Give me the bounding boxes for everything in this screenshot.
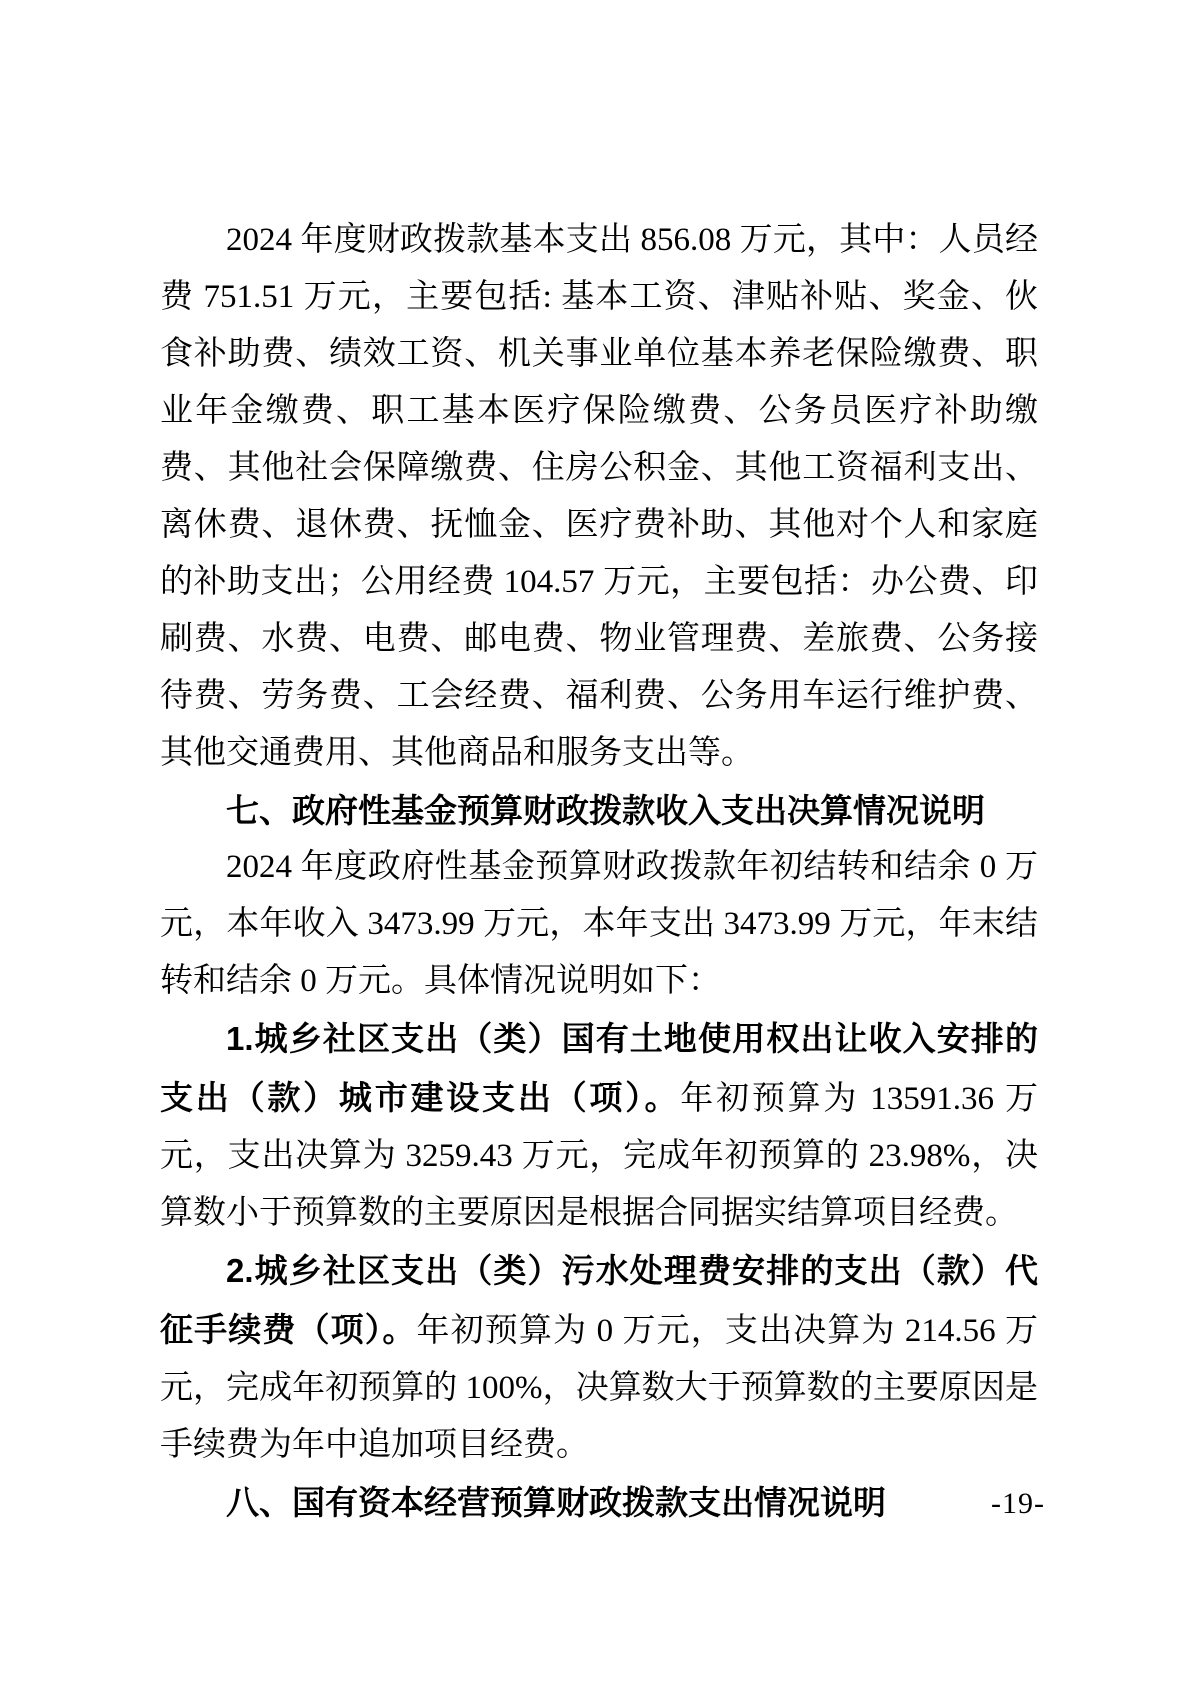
paragraph-item-2: 2.城乡社区支出（类）污水处理费安排的支出（款）代征手续费（项）。年初预算为 0… <box>160 1242 1038 1474</box>
text-run-bold: 八、国有资本经营预算财政拨款支出情况说明 <box>226 1484 886 1521</box>
paragraph-basic-expenditure: 2024 年度财政拨款基本支出 856.08 万元，其中：人员经费 751.51… <box>160 212 1038 782</box>
paragraph-gov-fund-overview: 2024 年度政府性基金预算财政拨款年初结转和结余 0 万元，本年收入 3473… <box>160 839 1038 1010</box>
document-page: 2024 年度财政拨款基本支出 856.08 万元，其中：人员经费 751.51… <box>0 0 1190 1683</box>
heading-section-7: 七、政府性基金预算财政拨款收入支出决算情况说明 <box>160 782 1038 839</box>
paragraph-item-1: 1.城乡社区支出（类）国有土地使用权出让收入安排的支出（款）城市建设支出（项）。… <box>160 1010 1038 1242</box>
text-run: 2024 年度政府性基金预算财政拨款年初结转和结余 0 万元，本年收入 3473… <box>160 849 1038 999</box>
page-number: -19- <box>991 1488 1045 1520</box>
heading-section-8: 八、国有资本经营预算财政拨款支出情况说明 <box>160 1474 1038 1531</box>
text-run: 2024 年度财政拨款基本支出 856.08 万元，其中：人员经费 751.51… <box>160 222 1038 771</box>
document-body: 2024 年度财政拨款基本支出 856.08 万元，其中：人员经费 751.51… <box>160 212 1038 1531</box>
text-run-bold: 七、政府性基金预算财政拨款收入支出决算情况说明 <box>226 792 985 829</box>
